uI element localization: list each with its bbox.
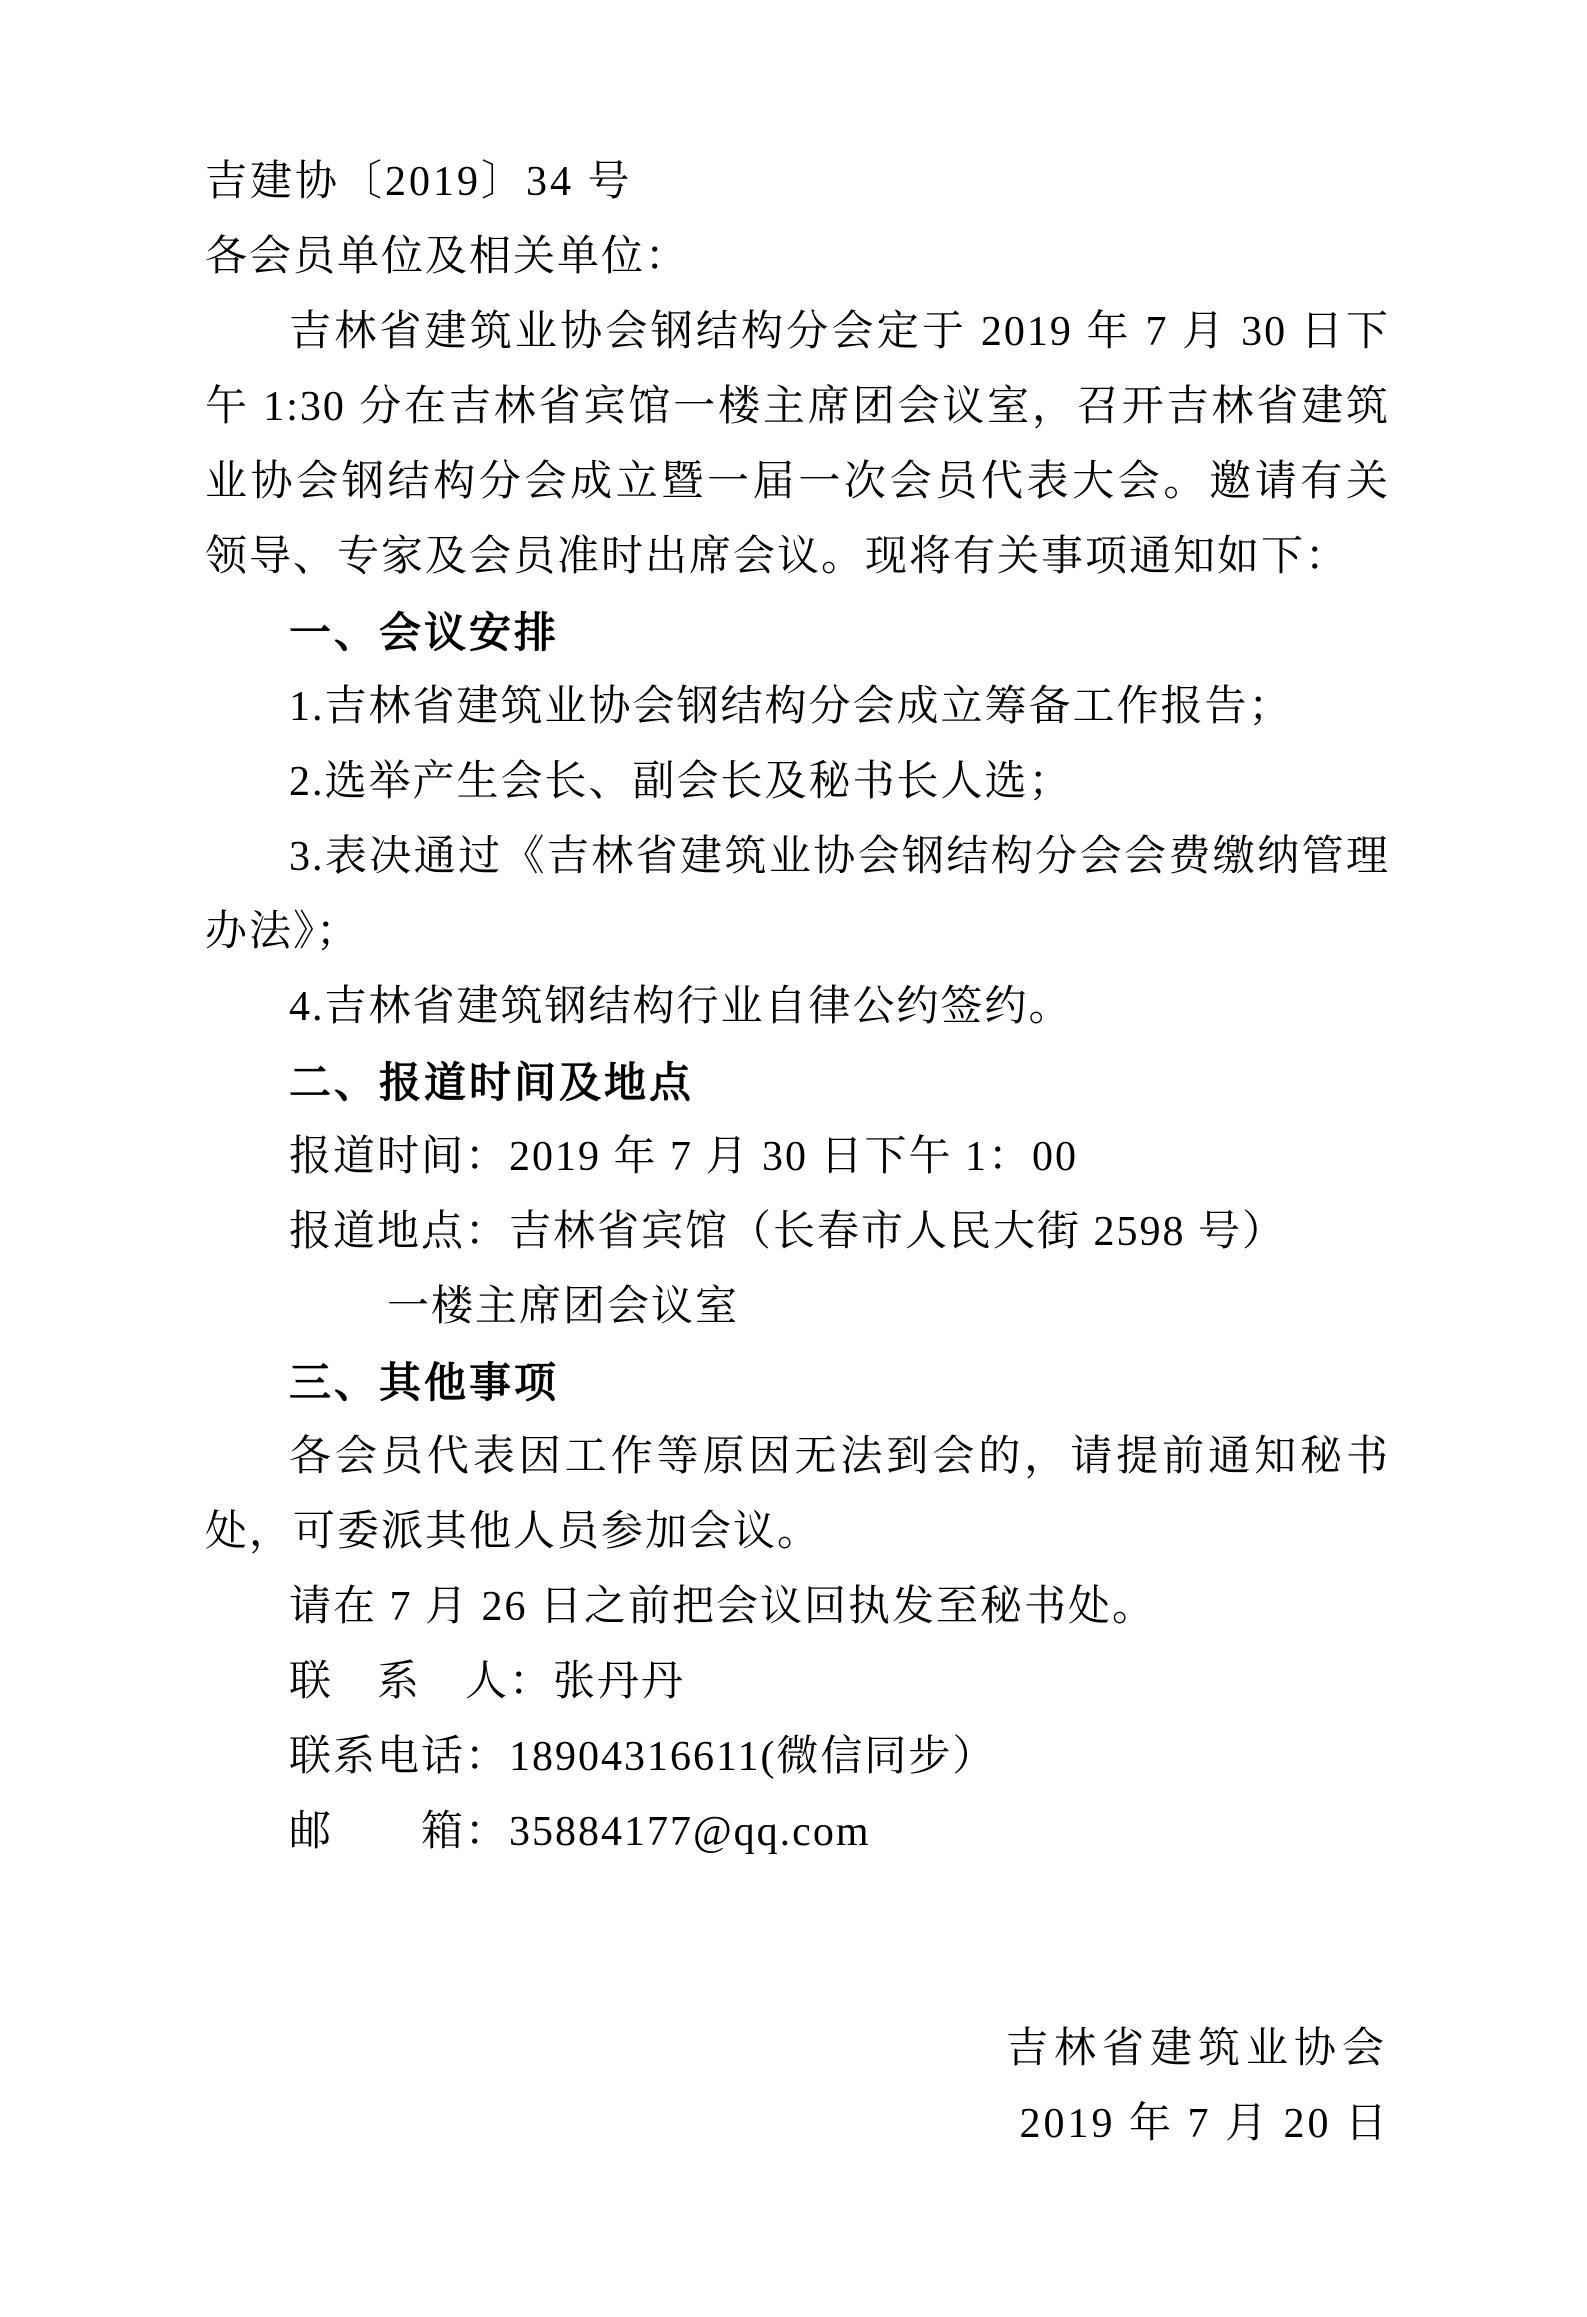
report-time-line: 报道时间：2019 年 7 月 30 日下午 1：00 [205, 1120, 1390, 1195]
document-number: 吉建协〔2019〕34 号 [205, 145, 1390, 220]
agenda-item-2: 2.选举产生会长、副会长及秘书长人选； [205, 745, 1390, 820]
agenda-item-1: 1.吉林省建筑业协会钢结构分会成立筹备工作报告； [205, 670, 1390, 745]
section-2-heading: 二、报道时间及地点 [205, 1045, 1390, 1120]
other-matters-paragraph-1: 各会员代表因工作等原因无法到会的，请提前通知秘书处，可委派其他人员参加会议。 [205, 1420, 1390, 1570]
agenda-item-4: 4.吉林省建筑钢结构行业自律公约签约。 [205, 970, 1390, 1045]
contact-phone-line: 联系电话：18904316611(微信同步） [205, 1720, 1390, 1795]
signature-spacer [205, 1870, 1390, 2012]
signature-date: 2019 年 7 月 20 日 [205, 2087, 1390, 2162]
salutation: 各会员单位及相关单位： [205, 220, 1390, 295]
contact-email-line: 邮 箱：35884177@qq.com [205, 1795, 1390, 1870]
report-place-continuation: 一楼主席团会议室 [205, 1270, 1390, 1345]
signature-organization: 吉林省建筑业协会 [205, 2012, 1390, 2087]
section-1-heading: 一、会议安排 [205, 595, 1390, 670]
contact-name-line: 联 系 人：张丹丹 [205, 1645, 1390, 1720]
other-matters-paragraph-2: 请在 7 月 26 日之前把会议回执发至秘书处。 [205, 1570, 1390, 1645]
agenda-item-3: 3.表决通过《吉林省建筑业协会钢结构分会会费缴纳管理办法》； [205, 820, 1390, 970]
report-place-line: 报道地点：吉林省宾馆（长春市人民大街 2598 号） [205, 1195, 1390, 1270]
official-notice-page: 吉建协〔2019〕34 号 各会员单位及相关单位： 吉林省建筑业协会钢结构分会定… [0, 0, 1587, 2317]
intro-paragraph: 吉林省建筑业协会钢结构分会定于 2019 年 7 月 30 日下午 1:30 分… [205, 295, 1390, 595]
section-3-heading: 三、其他事项 [205, 1345, 1390, 1420]
